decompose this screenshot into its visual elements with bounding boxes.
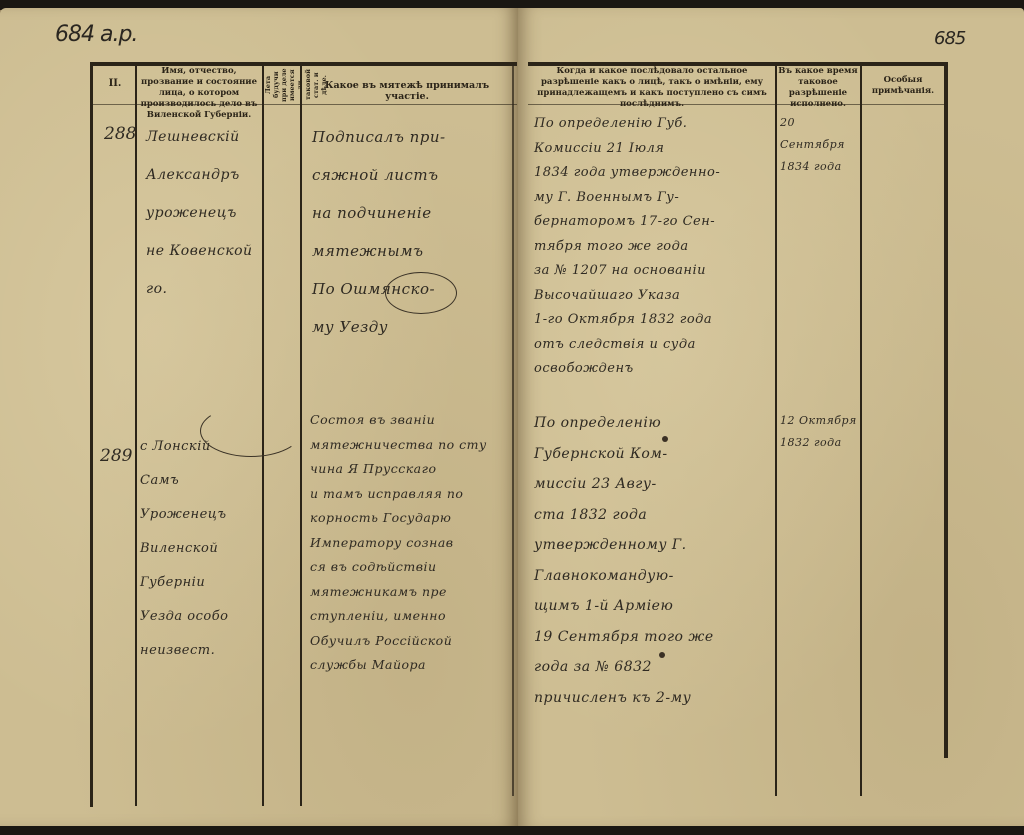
entry-executed-when: 12 Октября 1832 года: [780, 410, 860, 454]
entry-name: с Лонскій Самъ Уроженецъ Виленской Губер…: [140, 430, 262, 668]
entry-resolution: По определенію Губернской Ком- миссіи 23…: [534, 408, 774, 713]
left-folio-number: 684 а.р.: [55, 22, 137, 47]
header-remarks: Особыя примѣчанія.: [862, 75, 944, 97]
entry-name: Лешневскій Александръ уроженецъ не Ковен…: [146, 118, 262, 308]
right-folio-number: 685: [934, 28, 965, 49]
header-executed-when: Въ какое время таковое разрѣшеніе исполн…: [777, 66, 859, 110]
right-outer-vline: [944, 62, 948, 758]
ledger-book: 684 а.р. II. Имя, отчество, прозвание и …: [0, 0, 1024, 835]
flourish-mark: [200, 405, 302, 457]
flourish-mark: [385, 272, 457, 314]
entry-resolution: По определенію Губ. Комиссіи 21 Іюля 183…: [534, 112, 774, 382]
paper-hole: [659, 652, 665, 658]
entry-executed-when: 20 Сентября 1834 года: [780, 112, 860, 178]
entry-number: 288: [104, 124, 136, 144]
header-participation: Какое въ мятежѣ принималъ участіе.: [304, 80, 510, 102]
right-vline-executed: [860, 66, 862, 796]
entry-number: 289: [100, 446, 132, 466]
paper-hole: [662, 436, 668, 442]
left-outer-vline: [90, 62, 93, 807]
header-estate: Лета будучи при деле имеется ли таковой …: [264, 66, 298, 104]
header-name: Имя, отчество, прозвание и состояние лиц…: [138, 66, 260, 121]
right-vline-resolution: [775, 66, 777, 796]
header-resolution: Когда и какое послѣдовало остальное разр…: [530, 66, 774, 110]
entry-participation: Состоя въ званіи мятежничества по сту чи…: [310, 408, 514, 678]
left-vline-number: [135, 66, 137, 806]
header-number: II.: [96, 78, 134, 89]
